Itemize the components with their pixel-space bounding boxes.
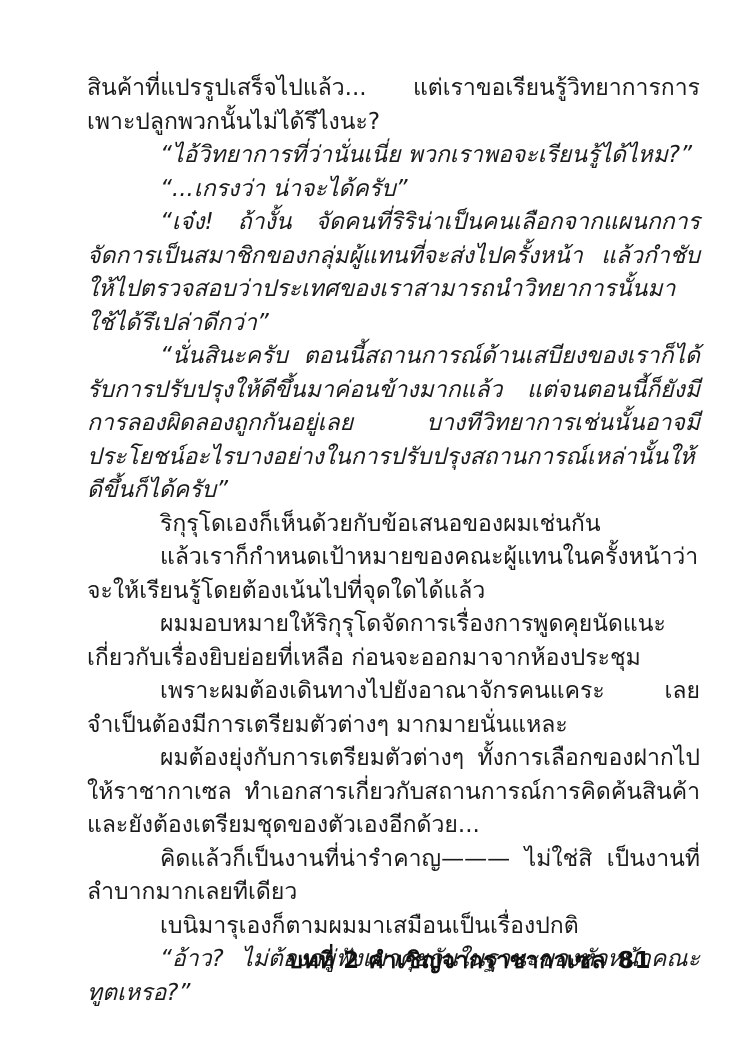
chapter-title: บทที่ 2 คำเชิญจากราชากาเซล — [288, 948, 606, 974]
paragraph: แล้วเราก็กำหนดเป้าหมายของคณะผู้แทนในครั้… — [87, 541, 700, 608]
paragraph: “...เกรงว่า น่าจะได้ครับ” — [87, 173, 700, 207]
paragraph: เพราะผมต้องเดินทางไปยังอาณาจักรคนแคระ เล… — [87, 675, 700, 742]
page-footer: บทที่ 2 คำเชิญจากราชากาเซล81 — [87, 944, 651, 978]
paragraph: เบนิมารุเองก็ตามผมมาเสมือนเป็นเรื่องปกติ — [87, 910, 700, 944]
paragraph: คิดแล้วก็เป็นงานที่น่ารำคาญ——— ไม่ใช่สิ … — [87, 843, 700, 910]
text-block: สินค้าที่แปรรูปเสร็จไปแล้ว... แต่เราขอเร… — [87, 72, 700, 1010]
paragraph: ผมมอบหมายให้ริกุรุโดจัดการเรื่องการพูดคุ… — [87, 608, 700, 675]
page-number: 81 — [618, 948, 651, 974]
paragraph: ริกุรุโดเองก็เห็นด้วยกับข้อเสนอของผมเช่น… — [87, 508, 700, 542]
book-page: สินค้าที่แปรรูปเสร็จไปแล้ว... แต่เราขอเร… — [0, 0, 738, 1051]
paragraph: “ไอ้วิทยาการที่ว่านั่นเนี่ย พวกเราพอจะเร… — [87, 139, 700, 173]
paragraph: สินค้าที่แปรรูปเสร็จไปแล้ว... แต่เราขอเร… — [87, 72, 700, 139]
paragraph: ผมต้องยุ่งกับการเตรียมตัวต่างๆ ทั้งการเล… — [87, 742, 700, 843]
paragraph: “เจ๋ง! ถ้างั้น จัดคนที่ริริน่าเป็นคนเลือ… — [87, 206, 700, 340]
paragraph: “นั่นสินะครับ ตอนนี้สถานการณ์ด้านเสบียงข… — [87, 340, 700, 508]
